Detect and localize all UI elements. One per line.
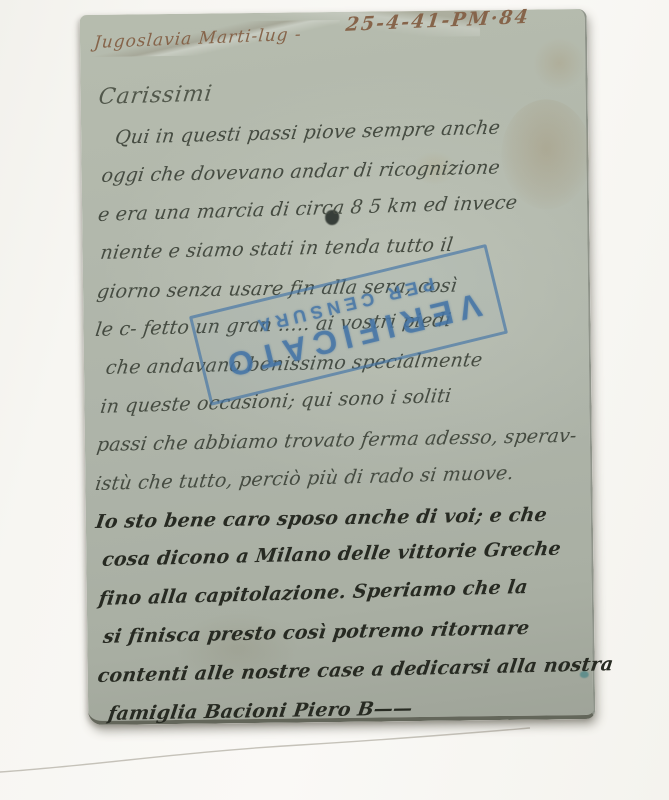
letter-line: Qui in questi passi piove sempre anche <box>114 117 502 149</box>
letter-line: e era una marcia di circa 8 5 km ed inve… <box>97 191 519 226</box>
letter-line: le c- fetto un gran ….. ai vostri piedi <box>94 309 452 341</box>
origin-annotation: Jugoslavia Marti-lug - <box>93 25 302 53</box>
letter-line: contenti alle nostre case a dedicarsi al… <box>96 653 615 687</box>
letter-line: passi che abbiamo trovato ferma adesso, … <box>95 425 578 456</box>
letter-line: famiglia Bacioni Piero B—— <box>107 697 414 724</box>
letter-line: niente e siamo stati in tenda tutto il <box>99 234 454 264</box>
scanner-bed: Jugoslavia Marti-lug - 25-4-41-PM·84 Car… <box>0 0 669 800</box>
letter-line: giorno senza usare fin alla sera, così <box>96 274 459 302</box>
letter-line: cosa dicono a Milano delle vittorie Grec… <box>101 538 562 571</box>
letter-line: fino alla capitolazione. Speriamo che la <box>97 576 529 610</box>
letter-line: si finisca presto così potremo ritornare <box>102 617 531 648</box>
postcard: Jugoslavia Marti-lug - 25-4-41-PM·84 Car… <box>80 9 596 725</box>
letter-line: in queste occasioni; qui sono i soliti <box>99 385 453 418</box>
letter-line: oggi che dovevano andar di ricognizione <box>100 157 501 187</box>
letter-line: che andavano benissimo specialmente <box>104 349 483 379</box>
date-annotation: 25-4-41-PM·84 <box>345 6 531 36</box>
paper-stain <box>532 37 587 90</box>
salutation: Carissimi <box>97 81 214 109</box>
letter-line: istù che tutto, perciò più di rado si mu… <box>94 462 515 495</box>
letter-line: Io sto bene caro sposo anche di voi; e c… <box>94 504 548 533</box>
